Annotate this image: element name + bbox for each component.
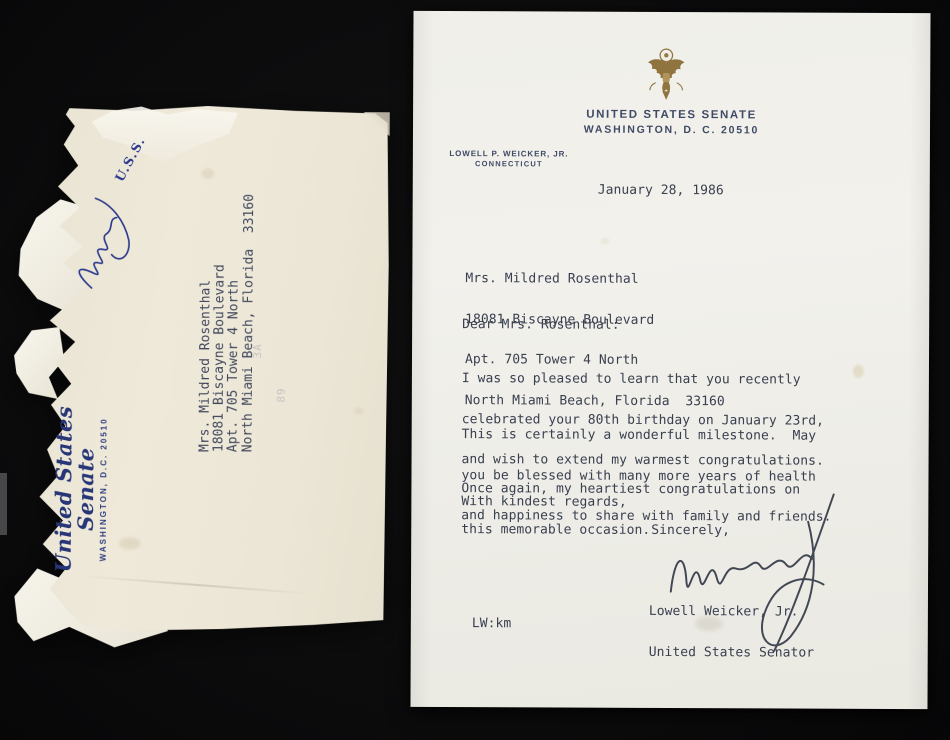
envelope: U.S.S. Mrs. Mildred Rosenthal 18081 Bisc… [22, 105, 390, 634]
paper-stain [853, 365, 864, 378]
envelope-address-line: North Miami Beach, Florida 33160 [241, 182, 257, 452]
signed-title: United States Senator [649, 645, 814, 659]
us-senate-eagle-seal-icon [643, 46, 689, 104]
letterhead-senator-name: LOWELL P. WEICKER, JR. [443, 149, 575, 159]
pencil-mark: 3A [251, 343, 264, 358]
letterhead-city: WASHINGTON, D. C. 20510 [413, 123, 930, 137]
paper-stain [601, 238, 610, 245]
envelope-recipient-address: Mrs. Mildred Rosenthal 18081 Biscayne Bo… [198, 182, 258, 452]
envelope-return-address: United States Senate WASHINGTON, D.C. 20… [52, 374, 96, 604]
body-line: I was so pleased to learn that you recen… [462, 372, 824, 387]
salutation: Dear Mrs. Rosenthal: [462, 318, 620, 332]
senate-letter: UNITED STATES SENATE WASHINGTON, D. C. 2… [410, 11, 930, 709]
regards-line: With kindest regards, [461, 495, 626, 509]
body-line: This is certainly a wonderful milestone.… [462, 428, 832, 443]
signed-name: Lowell Weicker, Jr. [649, 605, 814, 619]
signature-block: Lowell Weicker, Jr. United States Senato… [649, 578, 815, 687]
letter-date: January 28, 1986 [598, 184, 724, 198]
return-address-script: United States Senate [52, 374, 98, 604]
letterhead-org: UNITED STATES SENATE [413, 108, 930, 122]
photo-of-letter-and-envelope: U.S.S. Mrs. Mildred Rosenthal 18081 Bisc… [0, 0, 950, 740]
recipient-line: Mrs. Mildred Rosenthal [465, 272, 725, 287]
pencil-mark: 89 [275, 387, 288, 402]
scan-edge-artifact [0, 473, 7, 535]
typist-reference: LW:km [472, 617, 511, 631]
return-address-city: WASHINGTON, D.C. 20510 [98, 374, 109, 604]
letterhead-senator-state: CONNECTICUT [443, 159, 575, 169]
